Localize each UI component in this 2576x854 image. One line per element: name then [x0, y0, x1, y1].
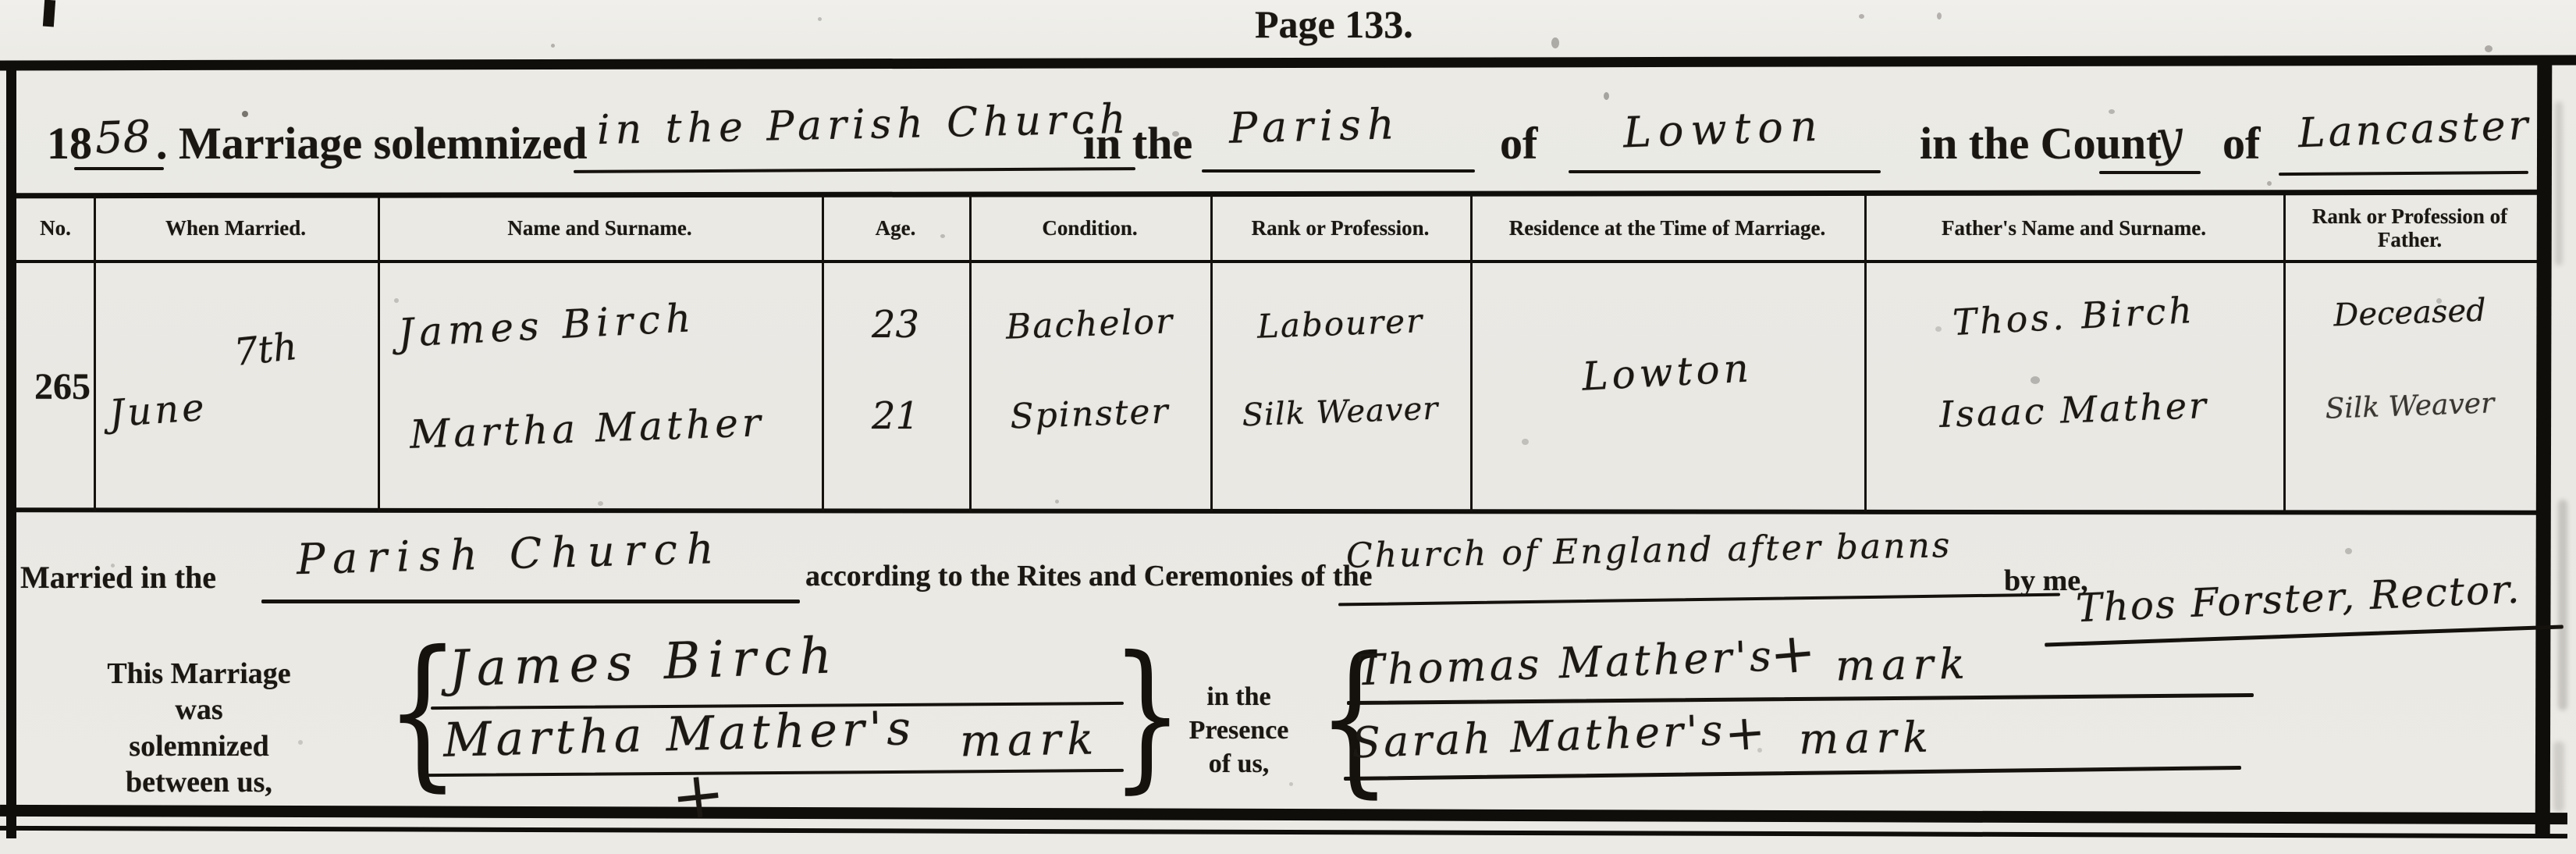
bride-signature-underline [428, 769, 1124, 777]
bleedthrough-mark-2 [2558, 500, 2567, 710]
right-border-line [2535, 64, 2553, 838]
witness-1-name: Thomas Mather's [1356, 632, 1775, 696]
witness-1-mark-cross: + [1768, 620, 1819, 688]
column-header-father-rank: Rank or Profession of Father. [2283, 197, 2536, 259]
bride-age: 21 [822, 394, 969, 438]
left-border-line [6, 66, 16, 838]
county-label-printed: in the Count [1920, 117, 2161, 169]
bride-father-rank: Silk Weaver [2283, 386, 2536, 426]
parish-word-underline [1202, 169, 1475, 173]
table-header-bottom-line [16, 260, 2538, 263]
bride-mark-cross: + [667, 756, 728, 836]
year-written: 58 [94, 112, 151, 164]
page-label: Page 133. [1255, 2, 1413, 47]
groom-father-rank: Deceased [2283, 290, 2536, 335]
bleedthrough-mark-1 [2555, 101, 2563, 265]
top-border-line [0, 55, 2576, 71]
column-header-age: Age. [822, 197, 969, 259]
parish-word-written: Parish [1228, 99, 1401, 153]
bride-rank: Silk Weaver [1210, 390, 1470, 435]
column-header-when-married: When Married. [94, 197, 378, 259]
parish-name-written: Lowton [1622, 101, 1825, 158]
rites-written: Church of England after banns [1346, 525, 1952, 576]
column-header-rank-profession: Rank or Profession. [1210, 197, 1470, 259]
groom-father-name: Thos. Birch [1864, 284, 2284, 348]
table-bottom-line [16, 507, 2538, 514]
when-married-day: 7th [232, 325, 299, 375]
solemnized-label-line-2: was [23, 692, 375, 728]
column-header-father-name: Father's Name and Surname. [1864, 197, 2283, 259]
solemnized-label-line-1: This Marriage [23, 656, 375, 692]
bottom-border-heavy [0, 805, 2567, 824]
groom-condition: Bachelor [968, 301, 1211, 349]
groom-rank: Labourer [1210, 300, 1471, 347]
bride-father-name: Isaac Mather [1864, 382, 2284, 439]
county-y-written: y [2153, 109, 2184, 167]
in-the-printed: in the [1083, 117, 1192, 169]
groom-signature: James Birch [448, 627, 840, 698]
column-header-residence: Residence at the Time of Marriage. [1470, 197, 1864, 259]
county-written: Lancaster [2297, 102, 2532, 157]
witness-2-mark-cross: + [1723, 703, 1768, 762]
witness-1-underline [1347, 693, 2254, 705]
solemnized-label: This Marriage was solemnized between us, [23, 656, 375, 800]
presence-label-line-2: Presence [1167, 714, 1311, 748]
ink-mark [43, 0, 55, 27]
entry-number: 265 [23, 365, 101, 408]
married-church-written: Parish Church [296, 524, 723, 584]
marriage-solemnized-printed: . Marriage solemnized [156, 117, 587, 169]
year-printed: 18 [47, 117, 92, 169]
presence-label-line-3: of us, [1167, 748, 1311, 781]
officiant-signature: Thos Forster, Rector. [2075, 567, 2521, 632]
county-underline [2279, 171, 2528, 176]
column-header-condition: Condition. [969, 197, 1210, 259]
bride-signature: Martha Mather's [442, 701, 916, 768]
witness-2-mark-word: mark [1798, 712, 1935, 763]
church-place-underline [574, 167, 1135, 173]
marriage-register-scan: Page 133. 18 58 . Marriage solemnized in… [0, 0, 2576, 854]
presence-label: in the Presence of us, [1167, 681, 1311, 781]
column-header-name-surname: Name and Surname. [378, 197, 822, 259]
of-printed-1: of [1500, 117, 1537, 169]
church-place-written: in the Parish Church [596, 96, 1132, 154]
married-in-the-printed: Married in the [20, 559, 216, 596]
witness-2-underline [1344, 766, 2241, 781]
witness-1-mark-word: mark [1835, 639, 1971, 690]
presence-label-line-1: in the [1167, 681, 1311, 714]
bride-name: Martha Mather [409, 400, 765, 457]
married-church-underline [261, 600, 800, 603]
of-printed-2: of [2222, 117, 2260, 169]
county-y-underline [2099, 171, 2201, 174]
solemnized-label-line-3: solemnized [23, 728, 375, 764]
bleedthrough-mark-3 [2553, 742, 2564, 812]
when-married-month: June [108, 386, 208, 436]
parish-name-underline [1569, 170, 1881, 173]
groom-name: James Birch [397, 295, 698, 356]
bride-condition: Spinster [968, 390, 1211, 439]
witness-2-name: Sarah Mather's [1351, 706, 1726, 768]
groom-age: 23 [822, 303, 969, 347]
column-header-no: No. [17, 197, 94, 259]
rites-underline [1338, 593, 2060, 607]
rites-printed: according to the Rites and Ceremonies of… [805, 559, 1372, 593]
year-underline [74, 167, 164, 170]
bottom-border-thin [0, 826, 2567, 838]
residence-value: Lowton [1469, 340, 1865, 405]
solemnized-label-line-4: between us, [23, 764, 375, 800]
bride-mark-word: mark [959, 713, 1100, 767]
